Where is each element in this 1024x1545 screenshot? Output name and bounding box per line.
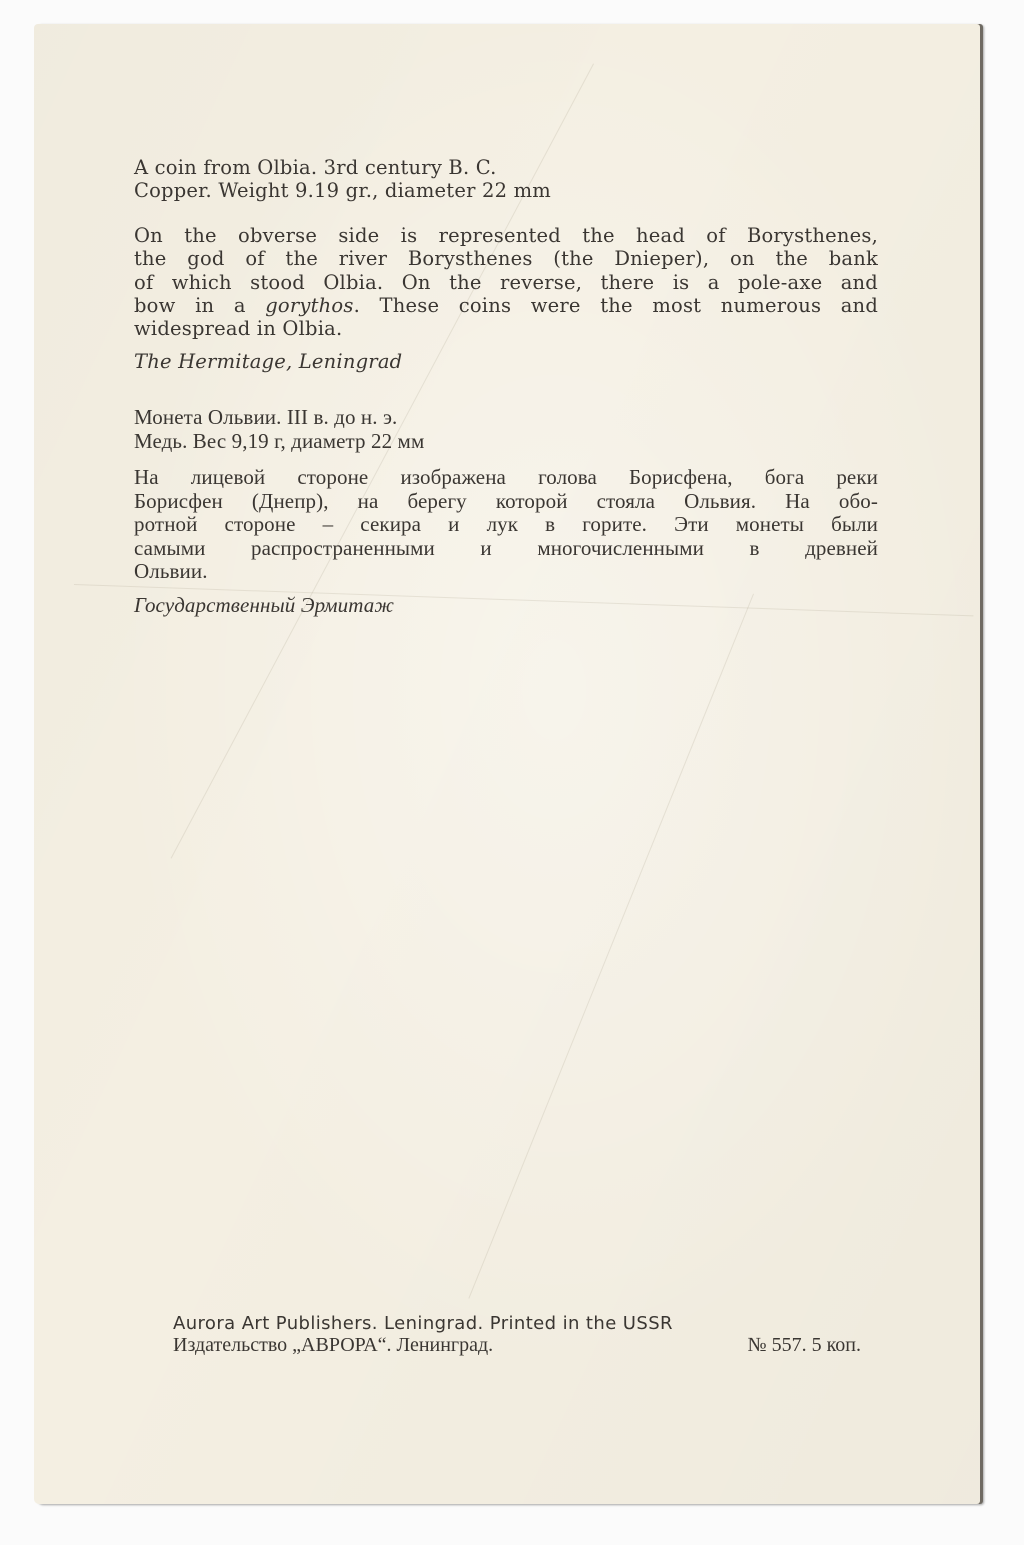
english-body-line: bow in a gorythos. These coins were the … <box>134 294 878 317</box>
english-body-line: widespread in Olbia. <box>134 317 878 340</box>
russian-description: На лицевой стороне изображена голова Бор… <box>134 466 878 584</box>
russian-body-line: На лицевой стороне изображена голова Бор… <box>134 466 878 490</box>
english-credit: The Hermitage, Leningrad <box>134 350 402 373</box>
russian-credit: Государственный Эрмитаж <box>134 594 394 618</box>
russian-title-line: Медь. Вес 9,19 г, диаметр 22 мм <box>134 430 424 454</box>
russian-body-line: самыми распространенными и многочисленны… <box>134 537 878 561</box>
publisher-russian-row: Издательство „АВРОРА“. Ленинград. № 557.… <box>173 1334 861 1356</box>
english-title: A coin from Olbia. 3rd century B. C. Cop… <box>134 156 551 203</box>
publisher-english: Aurora Art Publishers. Leningrad. Printe… <box>173 1313 861 1334</box>
russian-body-line: Борисфен (Днепр), на берегу которой стоя… <box>134 490 878 514</box>
russian-title: Монета Ольвии. III в. до н. э. Медь. Вес… <box>134 406 424 453</box>
publisher-russian: Издательство „АВРОРА“. Ленинград. <box>173 1334 493 1356</box>
term-gorythos: gorythos <box>265 294 353 317</box>
english-body-line: the god of the river Borysthenes (the Dn… <box>134 247 878 270</box>
english-title-line: Copper. Weight 9.19 gr., diameter 22 mm <box>134 179 551 202</box>
russian-body-line: ротной стороне – секира и лук в горите. … <box>134 513 878 537</box>
publisher-footer: Aurora Art Publishers. Leningrad. Printe… <box>173 1313 861 1356</box>
english-description: On the obverse side is represented the h… <box>134 224 878 340</box>
russian-title-line: Монета Ольвии. III в. до н. э. <box>134 406 424 430</box>
english-body-line: On the obverse side is represented the h… <box>134 224 878 247</box>
russian-body-line: Ольвии. <box>134 560 878 584</box>
english-body-segment: . These coins were the most numerous and <box>354 294 878 317</box>
english-body-line: of which stood Olbia. On the reverse, th… <box>134 271 878 294</box>
english-title-line: A coin from Olbia. 3rd century B. C. <box>134 156 551 179</box>
english-body-segment: bow in a <box>134 294 265 317</box>
crease-line <box>468 594 754 1299</box>
catalog-number: № 557. 5 коп. <box>748 1334 862 1356</box>
